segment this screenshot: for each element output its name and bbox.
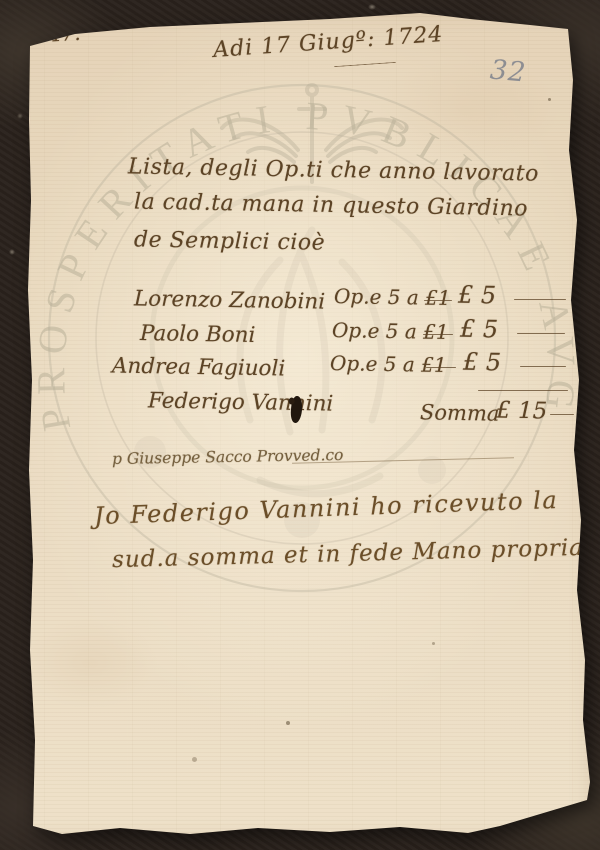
paper-speck: [432, 642, 435, 645]
paper-speck: [548, 98, 551, 101]
worker-name: Federigo Vannini: [148, 388, 334, 416]
total-rule: [478, 390, 568, 391]
amount: £ 5: [463, 348, 502, 377]
paper-speck: [192, 757, 197, 762]
amount: £ 5: [458, 281, 497, 310]
total-label: Somma: [420, 400, 500, 425]
amount-dash: [424, 300, 452, 301]
folio-number: 347.: [35, 21, 81, 47]
amount-dash: [550, 414, 574, 415]
heading-line-3: de Semplici cioè: [134, 227, 326, 255]
watermark-seal: PROSPERITATI PVBLICAE AVG: [0, 0, 600, 850]
amount-dash: [517, 333, 565, 334]
amount-dash: [426, 367, 456, 368]
paper-speck: [286, 721, 290, 725]
worker-name: Lorenzo Zanobini: [134, 286, 326, 314]
amount-dash: [514, 299, 566, 300]
amount-dash: [423, 334, 453, 335]
total-amount: £ 15: [496, 398, 548, 425]
pencil-page-number: 32: [489, 54, 528, 88]
worker-name: Andrea Fagiuoli: [112, 353, 286, 381]
paper-sheet: PROSPERITATI PVBLICAE AVG: [0, 0, 600, 850]
photo-of-manuscript: { "photo": { "background_color": "#2c241…: [0, 0, 600, 850]
amount: £ 5: [460, 315, 499, 344]
work-notation: Op.e 5 a £1: [334, 284, 451, 310]
worker-name: Paolo Boni: [140, 321, 256, 348]
amount-dash: [520, 366, 566, 367]
work-notation: Op.e 5 a £1: [332, 318, 449, 344]
work-notation: Op.e 5 a £1: [330, 351, 447, 377]
paper-sheet-shadow: PROSPERITATI PVBLICAE AVG: [0, 0, 600, 850]
